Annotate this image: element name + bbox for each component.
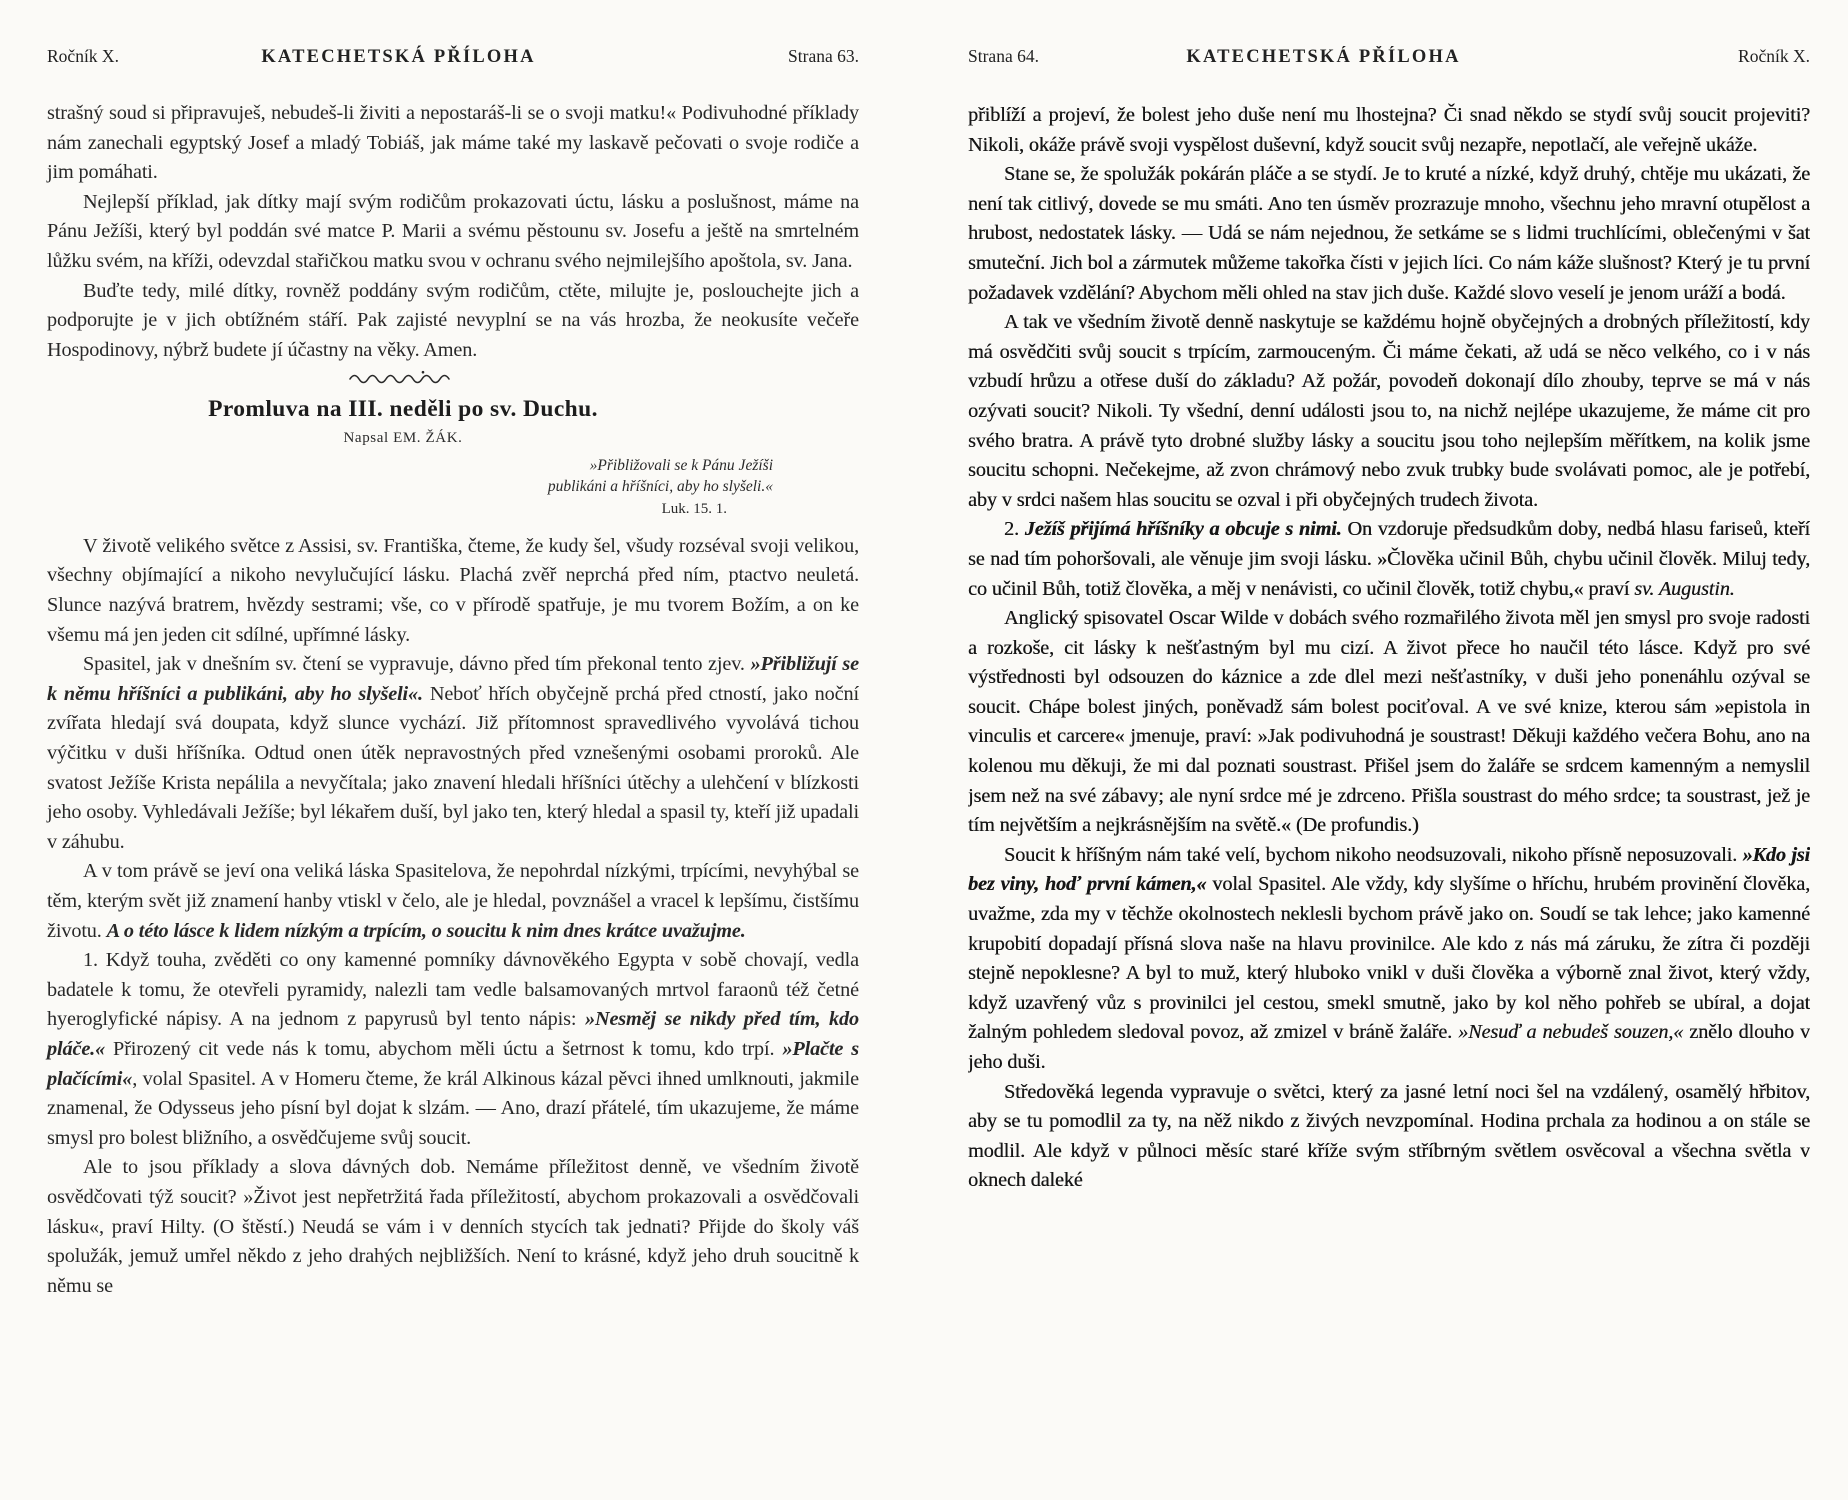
body-text: Buďte tedy, milé dítky, rovněž poddány s… — [47, 280, 859, 361]
paragraph: Stane se, že spolužák pokárán pláče a se… — [968, 160, 1810, 308]
volume-label: Ročník X. — [47, 46, 119, 67]
emphasized-text: Ježíš přijímá hříšníky a obcuje s nimi. — [1025, 518, 1342, 540]
body-text: volal Spasitel. Ale vždy, kdy slyšíme o … — [968, 873, 1810, 1043]
body-text: , volal Spasitel. A v Homeru čteme, že k… — [47, 1068, 859, 1149]
volume-label: Ročník X. — [1738, 46, 1810, 67]
paragraph: Spasitel, jak v dnešním sv. čtení se vyp… — [47, 650, 859, 857]
page-number-label: Strana 64. — [968, 46, 1039, 67]
paragraph: A v tom právě se jeví ona veliká láska S… — [47, 857, 859, 946]
paragraph: 1. Když touha, zvěděti co ony kamenné po… — [47, 946, 859, 1153]
paragraph: Anglický spisovatel Oscar Wilde v dobách… — [968, 604, 1810, 841]
sermon-text: V životě velikého světce z Assisi, sv. F… — [47, 532, 859, 1301]
body-text: Spasitel, jak v dnešním sv. čtení se vyp… — [83, 653, 751, 675]
page-64: Strana 64. KATECHETSKÁ PŘÍLOHA Ročník X.… — [968, 46, 1810, 1500]
paragraph: 2. Ježíš přijímá hříšníky a obcuje s nim… — [968, 515, 1810, 604]
section-byline: Napsal EM. ŽÁK. — [0, 430, 809, 447]
paragraph: V životě velikého světce z Assisi, sv. F… — [47, 532, 859, 650]
page-number-label: Strana 63. — [788, 46, 859, 67]
body-text: Anglický spisovatel Oscar Wilde v dobách… — [968, 607, 1810, 836]
paragraph: Středověká legenda vypravuje o světci, k… — [968, 1078, 1810, 1196]
paragraph: Buďte tedy, milé dítky, rovněž poddány s… — [47, 277, 859, 366]
epigraph: »Přibližovali se k Pánu Ježíši publikáni… — [47, 456, 859, 520]
scanned-journal-spread: Ročník X. KATECHETSKÁ PŘÍLOHA Strana 63.… — [0, 0, 1848, 1500]
intro-text: strašný soud si připravuješ, nebudeš-li … — [47, 99, 859, 365]
page-64-header: Strana 64. KATECHETSKÁ PŘÍLOHA Ročník X. — [968, 46, 1810, 68]
paragraph: přiblíží a projeví, že bolest jeho duše … — [968, 101, 1810, 160]
epigraph-line: »Přibližovali se k Pánu Ježíši — [47, 456, 773, 477]
body-text: Přirozený cit vede nás k tomu, abychom m… — [105, 1038, 782, 1060]
paragraph: Nejlepší příklad, jak dítky mají svým ro… — [47, 188, 859, 277]
journal-title: KATECHETSKÁ PŘÍLOHA — [1186, 47, 1460, 68]
body-text: Soucit k hříšným nám také velí, bychom n… — [1004, 844, 1742, 866]
section-divider-squiggle — [0, 370, 809, 384]
page-63: Ročník X. KATECHETSKÁ PŘÍLOHA Strana 63.… — [47, 46, 859, 1301]
emphasized-text: A o této lásce k lidem nízkým a trpícím,… — [107, 920, 746, 942]
paragraph: Soucit k hříšným nám také velí, bychom n… — [968, 841, 1810, 1078]
paragraph: strašný soud si připravuješ, nebudeš-li … — [47, 99, 859, 188]
paragraph: Ale to jsou příklady a slova dávných dob… — [47, 1153, 859, 1301]
body-text: přiblíží a projeví, že bolest jeho duše … — [968, 104, 1810, 156]
page-63-header: Ročník X. KATECHETSKÁ PŘÍLOHA Strana 63. — [47, 46, 859, 68]
body-text: A tak ve všedním životě denně naskytuje … — [968, 311, 1810, 511]
paragraph: A tak ve všedním životě denně naskytuje … — [968, 308, 1810, 515]
body-text: strašný soud si připravuješ, nebudeš-li … — [47, 102, 859, 183]
body-text: Nejlepší příklad, jak dítky mají svým ro… — [47, 191, 859, 272]
body-text: Stane se, že spolužák pokárán pláče a se… — [968, 163, 1810, 303]
epigraph-line: publikáni a hříšníci, aby ho slyšeli.« — [47, 477, 773, 498]
body-text: Neboť hřích obyčejně prchá před ctností,… — [47, 683, 859, 853]
emphasized-text: »Nesuď a nebudeš souzen,« — [1458, 1021, 1683, 1043]
squiggle-icon — [347, 370, 459, 384]
body-text: Středověká legenda vypravuje o světci, k… — [968, 1081, 1810, 1192]
journal-title: KATECHETSKÁ PŘÍLOHA — [261, 47, 535, 68]
body-text: Ale to jsou příklady a slova dávných dob… — [47, 1156, 859, 1296]
body-text: 2. — [1004, 518, 1025, 540]
body-text: V životě velikého světce z Assisi, sv. F… — [47, 535, 859, 646]
sermon-text-continued: přiblíží a projeví, že bolest jeho duše … — [968, 101, 1810, 1196]
emphasized-text: sv. Augustin. — [1634, 578, 1734, 600]
epigraph-reference: Luk. 15. 1. — [47, 499, 773, 520]
section-title: Promluva na III. neděli po sv. Duchu. — [0, 396, 809, 423]
